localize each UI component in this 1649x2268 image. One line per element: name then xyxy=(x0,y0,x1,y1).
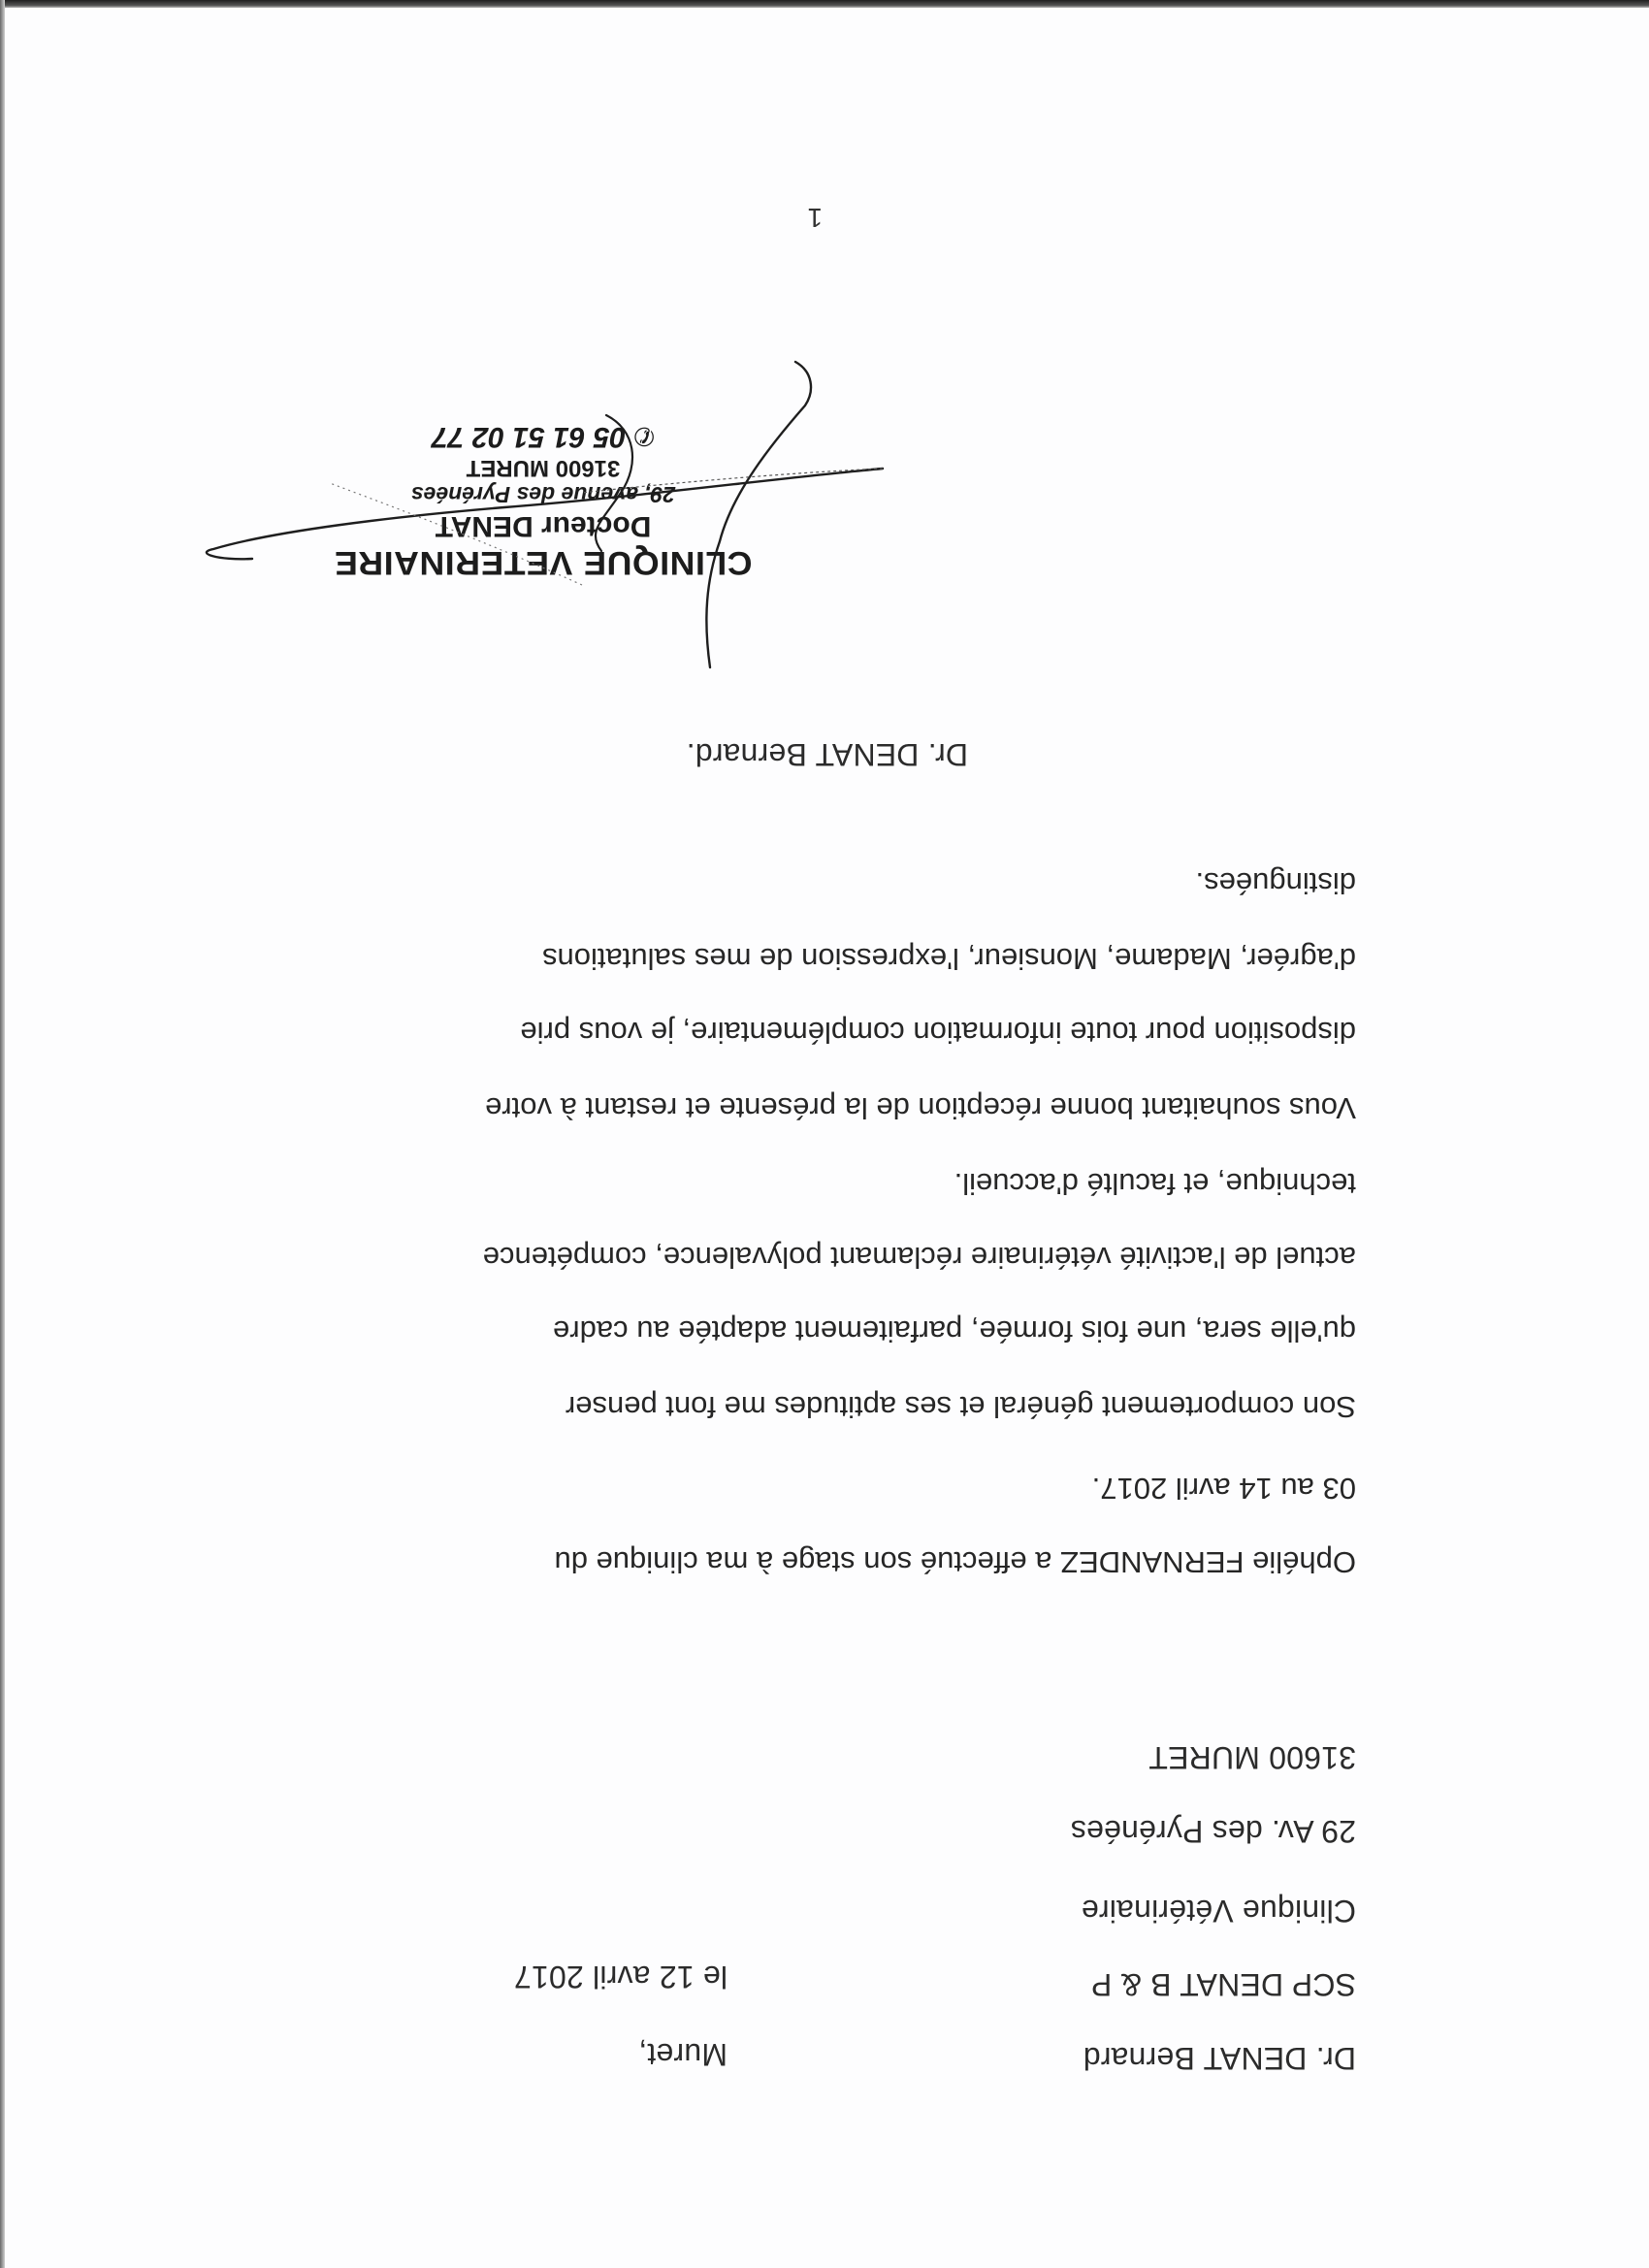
body-line: disposition pour toute information compl… xyxy=(520,1013,1356,1052)
body-line: distinguées. xyxy=(1196,863,1356,902)
body-line: qu'elle sera, une fois formée, parfaitem… xyxy=(553,1312,1356,1350)
sender-clinic: Clinique Vétérinaire xyxy=(1082,1892,1356,1930)
phone-icon: ✆ xyxy=(633,419,655,454)
sender-company: SCP DENAT B & P xyxy=(1091,1965,1356,2004)
body-line: Ophélie FERNANDEZ a effectué son stage à… xyxy=(554,1542,1356,1581)
stamp-title: CLINIQUE VETERINAIRE xyxy=(278,543,808,582)
stamp-city: 31600 MURET xyxy=(291,454,795,481)
sender-city: 31600 MURET xyxy=(1148,1738,1356,1777)
body-line: d'agréer, Madame, Monsieur, l'expression… xyxy=(542,939,1356,978)
stamp-doctor: Docteur DENAT xyxy=(291,508,795,543)
body-line: Vous souhaitant bonne réception de la pr… xyxy=(485,1088,1356,1127)
body-line: technique, et faculté d'accueil. xyxy=(954,1164,1356,1203)
body-line: 03 au 14 avril 2017. xyxy=(1092,1469,1356,1507)
stamp-address: 29, avenue des Pyrénées xyxy=(291,481,795,508)
letter-place: Muret, xyxy=(638,2035,727,2074)
sender-street: 29 Av. des Pyrénées xyxy=(1071,1812,1356,1851)
page-number: 1 xyxy=(807,202,823,233)
sender-name: Dr. DENAT Bernard xyxy=(1083,2039,1356,2078)
stamp-phone: 05 61 51 02 77 xyxy=(432,421,626,453)
letter-date: le 12 avril 2017 xyxy=(514,1958,727,1996)
stamp-phone-row: ✆05 61 51 02 77 xyxy=(291,419,795,454)
clinic-stamp: CLINIQUE VETERINAIRE Docteur DENAT 29, a… xyxy=(291,419,795,582)
handwritten-signature xyxy=(0,0,1649,2268)
scanner-edge-top xyxy=(0,0,1649,8)
body-line: Son comportement général et ses aptitude… xyxy=(566,1387,1356,1426)
scanned-letter-page: Dr. DENAT Bernard SCP DENAT B & P Cliniq… xyxy=(0,0,1649,2268)
closing-signature-name: Dr. DENAT Bernard. xyxy=(686,735,968,774)
scanner-edge-left xyxy=(0,0,5,2268)
body-line: actuel de l'activité vétérinaire réclama… xyxy=(483,1238,1356,1277)
